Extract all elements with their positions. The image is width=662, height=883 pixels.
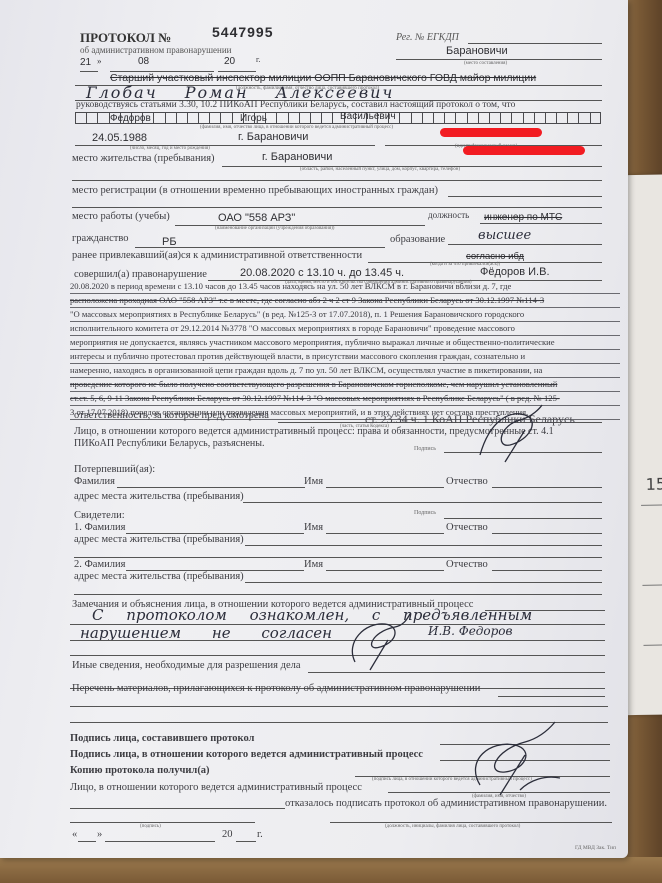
rights-text-2: ПИКоАП Республики Беларусь, разъяснены.: [74, 438, 265, 449]
person-label: Лицо, в отношении которого ведется админ…: [70, 782, 362, 793]
signature-rights: [470, 400, 550, 470]
offense-narrative: 20.08.2020 в период времени с 13.10 часо…: [70, 280, 620, 420]
offense-time: 20.08.2020 с 13.10 ч. до 13.45 ч.: [240, 267, 404, 279]
narrative-line: 20.08.2020 в период времени с 13.10 часо…: [70, 280, 620, 294]
signature-remarks: [340, 612, 420, 672]
witness-name-label: Имя: [304, 522, 323, 533]
witness-name-label: Имя: [304, 559, 323, 570]
signature-subject: [460, 720, 570, 800]
date-month: 08: [138, 56, 149, 67]
liability-label: ответственность, за которое предусмотрен…: [74, 410, 269, 421]
offense-person: Фёдоров И.В.: [480, 266, 550, 278]
background-wood-bottom: [0, 857, 662, 883]
work-label: место работы (учебы): [72, 211, 170, 222]
witness-patronymic-label: Отчество: [446, 559, 488, 570]
prior-value: согласно ибд: [466, 251, 524, 262]
date-day: 21: [80, 57, 91, 68]
witness-address-label: адрес места жительства (пребывания): [74, 534, 244, 545]
narrative-line: намеренно, находясь в организованной цеп…: [70, 364, 620, 378]
date-suffix: г.: [256, 55, 260, 64]
protocol-sheet: ПРОТОКОЛ № 5447995 об административном п…: [0, 0, 628, 858]
copy-received-label: Копию протокола получил(а): [70, 765, 210, 776]
narrative-line: проведение которого не было получено соо…: [70, 378, 620, 392]
position-label: должность: [428, 210, 469, 220]
education-label: образование: [390, 234, 445, 245]
birth-place: г. Барановичи: [238, 131, 308, 143]
prior-label: ранее привлекавший(ая)ся к административ…: [72, 250, 362, 261]
narrative-line: интересы и публично протестовал против д…: [70, 350, 620, 364]
birth-date: 24.05.1988: [92, 132, 147, 144]
witness-patronymic-label: Отчество: [446, 522, 488, 533]
materials-label: Перечень материалов, прилагающихся к про…: [72, 683, 480, 694]
narrative-line: "О массовых мероприятиях в Республике Бе…: [70, 308, 620, 322]
residence-value: г. Барановичи: [262, 151, 332, 163]
witness-address-label: адрес места жительства (пребывания): [74, 571, 244, 582]
redaction-id-number: [440, 128, 542, 137]
victim-heading: Потерпевший(ая):: [74, 464, 155, 475]
person-surname: Федоров: [110, 113, 151, 124]
footer-code: ГД МВД Зак. Тип: [575, 845, 616, 851]
person-patronymic: Васильевич: [340, 111, 396, 122]
narrative-line: расположена проходная ОАО "558 АРЗ" т.е …: [70, 294, 620, 308]
other-info-label: Иные сведения, необходимые для разрешени…: [72, 660, 301, 671]
remarks-handwritten-1: С протоколом ознакомлен, с предъявленным: [92, 606, 532, 624]
person-name: Игорь: [240, 113, 267, 124]
work-value: ОАО "558 АРЗ": [218, 212, 295, 224]
date-year: 20: [224, 56, 235, 67]
side-handwriting: 15: [646, 474, 662, 493]
composer-signature-label: Подпись лица, составившего протокол: [70, 733, 254, 744]
position-value: инженер по МТС: [484, 212, 562, 223]
offense-label: совершил(а) правонарушение: [74, 269, 207, 280]
narrative-line: исполнительного комитета от 29.12.2014 №…: [70, 322, 620, 336]
witness-surname-label: 1. Фамилия: [74, 522, 125, 533]
protocol-number: 5447995: [212, 24, 274, 40]
education-value: высшее: [478, 228, 531, 243]
reg-label: Рег. № ЕГКДП: [396, 32, 459, 43]
remarks-initials: И.В. Федоров: [428, 624, 513, 638]
registration-label: место регистрации (в отношении временно …: [72, 185, 438, 196]
witness-surname-label: 2. Фамилия: [74, 559, 125, 570]
subject-signature-label: Подпись лица, в отношении которого ведет…: [70, 749, 423, 760]
place-value: Барановичи: [446, 45, 508, 57]
protocol-subtitle: об административном правонарушении: [80, 45, 232, 55]
citizenship-label: гражданство: [72, 233, 128, 244]
residence-label: место жительства (пребывания): [72, 153, 215, 164]
narrative-line: мероприятия не допускается, являясь учас…: [70, 336, 620, 350]
intro-text: руководствуясь статьями 3.30, 10.2 ПИКоА…: [76, 100, 515, 110]
witnesses-heading: Свидетели:: [74, 510, 125, 521]
name-boxes: [75, 112, 601, 124]
protocol-title: ПРОТОКОЛ №: [80, 30, 171, 46]
redaction-address: [463, 146, 585, 155]
